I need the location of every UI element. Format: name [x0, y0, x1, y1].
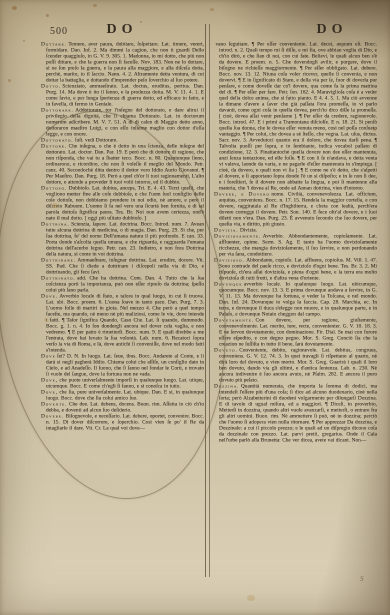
dictionary-entry: Dovuto.Conveniente, debito, ragionevole.… [214, 347, 377, 383]
entry-body: Avverbio locale di ſtato, e talora in qu… [46, 293, 204, 353]
dictionary-entry: Dottrinato.add. Che ha dottrina. Com. Da… [41, 275, 204, 293]
dictionary-entry: Dozzina.Quantità numerata, che importa l… [214, 383, 377, 443]
entry-body: Conveniente, debito, ragionevole. Lat. d… [219, 347, 377, 383]
dictionary-entry: Dottorare.Addottorare, tor l'inſegne del… [41, 107, 204, 137]
entry-body: Biſognevole, e neceſſario. Lat. debere, … [46, 413, 204, 431]
foxing-spot [23, 40, 25, 42]
entry-body: Che inſegna, o che è dotto in una ſcienz… [46, 143, 204, 185]
dictionary-entry: Dovere.Biſognevole, e neceſſario. Lat. d… [41, 413, 204, 431]
entry-body: Temere, aver paura, dubitare, ſoſpettare… [46, 41, 204, 83]
dictionary-entry: Dove,che puote univerſalmente imporſi in… [41, 377, 204, 389]
dictionary-entry: Dotto.Scienziato, ammaeſtrato. Lat. doct… [41, 83, 204, 107]
entry-body: avverbio locale. In qualunque luogo. Lat… [219, 281, 377, 317]
signature-mark: S [360, 575, 364, 583]
left-column: Dottare.Temere, aver paura, dubitare, ſo… [41, 41, 204, 589]
dictionary-entry: Dove.Avverbio locale di ſtato, e talora … [41, 293, 204, 353]
foxing-spot [8, 79, 11, 82]
dictionary-entry: Dottrinare.Ammaeſtrare, inſegnar dottrin… [41, 257, 204, 275]
left-column-text: Dottare.Temere, aver paura, dubitare, ſo… [41, 41, 204, 431]
entry-body: Quantità numerata, che importa la ſomma … [219, 383, 377, 443]
dictionary-entry: Dottrina.Scienzia, ſapere. Lat. doctrina… [41, 221, 204, 257]
foxing-spot [93, 4, 97, 7]
entry-body: Dubbioſo. Lat. dubius, anceps, Tri. E. 4… [46, 185, 204, 221]
foxing-spot [12, 6, 17, 10]
dictionary-entry: Dottare.Temere, aver paura, dubitare, ſo… [41, 41, 204, 83]
dictionary-entry: Dottore.Che inſegna, o che è dotto in un… [41, 143, 204, 185]
scanned-dictionary-page: 500 DO DO Dottare.Temere, aver paura, du… [0, 0, 390, 615]
entry-body: Scienzia, ſapere. Lat. doctrina. Bocc. I… [46, 221, 204, 257]
dictionary-entry: Doviziosamente.Avverbio. Abbondantemente… [214, 233, 377, 257]
dictionary-entry: Dovente.Che dee. Lat. debens, docens. Bu… [41, 401, 204, 413]
dictionary-entry: Dovutamente.Con dovere, per ragione, giu… [214, 317, 377, 347]
entry-body: che ſia, pure univerſalmente. Lat. ubiqu… [46, 389, 204, 401]
page-number: 500 [50, 26, 68, 37]
dictionary-entry: Dottoso.Dubbioſo. Lat. dubius, anceps, T… [41, 185, 204, 221]
dictionary-entry: Dovere, e Doveronome. Civiltà, convenevo… [214, 191, 377, 227]
dictionary-entry-continuation: vano ſeguitare. ¶ Per eſſer conveniente.… [214, 41, 377, 191]
right-column: vano ſeguitare. ¶ Per eſſer conveniente.… [214, 41, 377, 589]
foxing-spot [210, 8, 214, 11]
entry-body: Scienziato, ammaeſtrato. Lat. doctus, er… [46, 83, 204, 107]
entry-body: che puote univerſalmente imporſi in qual… [46, 377, 204, 389]
entry-body: ſei? D. N. In luogo. Lat. ſeue, ibus. Bo… [46, 353, 204, 377]
entry-body: nome. Civiltà, convenevolezza. Lat. offi… [219, 191, 377, 227]
foxing-spot [247, 595, 255, 601]
foxing-spot [46, 14, 49, 17]
entry-body: Che dee. Lat. debens, docens. Buon. rim.… [46, 401, 204, 413]
right-column-text: vano ſeguitare. ¶ Per eſſer conveniente.… [214, 41, 377, 443]
entry-body: vano ſeguitare. ¶ Per eſſer conveniente.… [216, 41, 378, 191]
dictionary-entry: Doveſei? D. N. In luogo. Lat. ſeue, ibus… [41, 353, 204, 377]
column-divider-rule [205, 24, 210, 577]
dictionary-entry: Dovunqueavverbio locale. In qualunque lu… [214, 281, 377, 317]
dictionary-entry: Dovizioso.Abbondante, copioſo. Lat. affl… [214, 257, 377, 281]
dictionary-entry: Dove,che ſia, pure univerſalmente. Lat. … [41, 389, 204, 401]
running-head-left: DO [82, 22, 162, 38]
running-head-right: DO [292, 22, 372, 38]
